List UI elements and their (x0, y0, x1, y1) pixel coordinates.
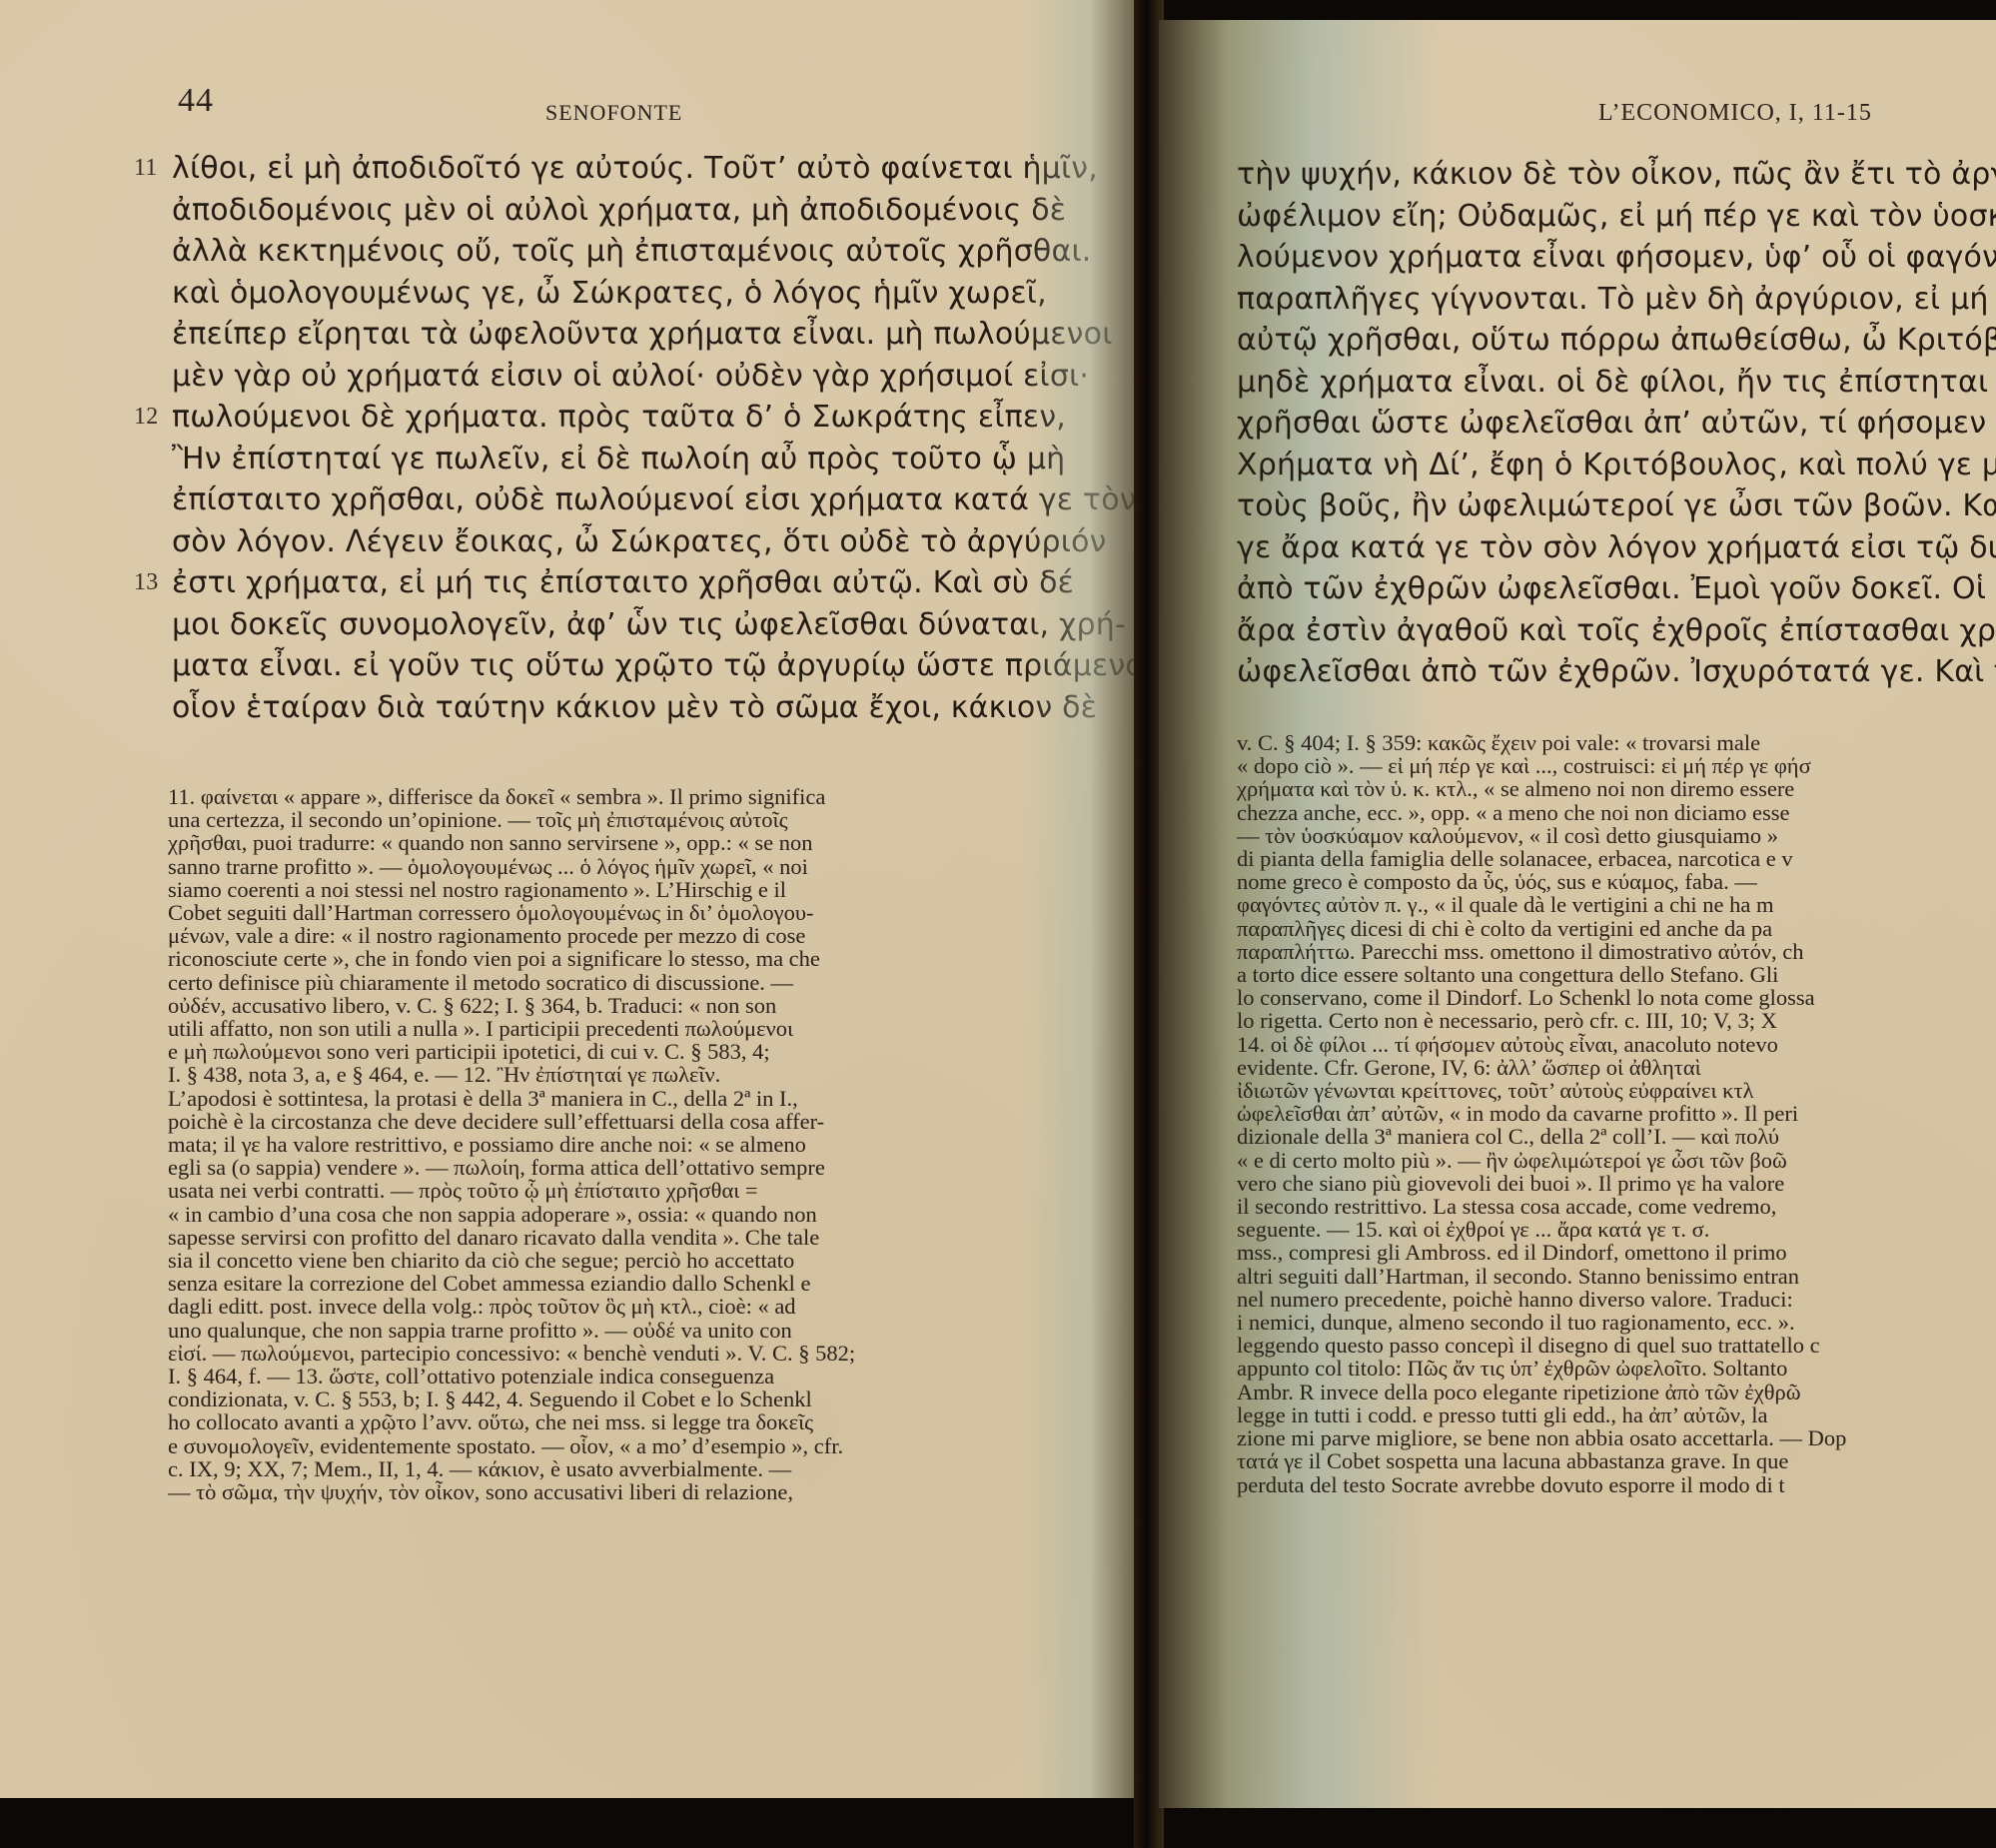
footnote-line: I. § 438, nota 3, a, e § 464, e. — 12. Ἢ… (168, 1063, 1047, 1086)
footnote-line: chezza anche, ecc. », opp. « a meno che … (1237, 801, 1996, 824)
footnote-line: χρήματα καὶ τὸν ὑ. κ. κτλ., « se almeno … (1237, 777, 1996, 800)
text-line: μοι δοκεῖς συνομολογεῖν, ἀφ’ ὧν τις ὠφελ… (172, 604, 1071, 646)
text-line: γε ἄρα κατά γε τὸν σὸν λόγον χρήματά εἰσ… (1237, 527, 1996, 569)
line-text: ἄρα ἐστὶν ἀγαθοῦ καὶ τοῖς ἐχθροῖς ἐπίστα… (1237, 613, 1996, 648)
text-line: 11λίθοι, εἰ μὴ ἀποδιδοῖτό γε αὐτούς. Τοῦ… (172, 148, 1071, 190)
text-line: καὶ ὁμολογουμένως γε, ὦ Σώκρατες, ὁ λόγο… (172, 273, 1071, 315)
line-text: ἀπὸ τῶν ἐχθρῶν ὠφελεῖσθαι. Ἐμοὶ γοῦν δοκ… (1237, 571, 1986, 606)
line-text: μηδὲ χρήματα εἶναι. οἱ δὲ φίλοι, ἤν τις … (1237, 365, 1988, 400)
footnote-line: usata nei verbi contratti. — πρὸς τοῦτο … (168, 1179, 1047, 1202)
footnote-line: evidente. Cfr. Gerone, IV, 6: ἀλλ’ ὥσπερ… (1237, 1056, 1996, 1079)
footnote-line: vero che siano più giovevoli dei buoi ».… (1237, 1172, 1996, 1195)
footnote-line: — τὸ σῶμα, τὴν ψυχήν, τὸν οἶκον, sono ac… (168, 1480, 1047, 1503)
line-text: σὸν λόγον. Λέγειν ἔοικας, ὦ Σώκρατες, ὅτ… (172, 524, 1107, 559)
footnote-line: dizionale della 3ª maniera col C., della… (1237, 1125, 1996, 1148)
line-text: Χρήματα νὴ Δί’, ἔφη ὁ Κριτόβουλος, καὶ π… (1237, 448, 1996, 482)
text-line: 13ἐστι χρήματα, εἰ μή τις ἐπίσταιτο χρῆσ… (172, 562, 1071, 604)
text-line: ἐπείπερ εἴρηται τὰ ὠφελοῦντα χρήματα εἶν… (172, 314, 1071, 356)
footnote-line: a torto dice essere soltanto una congett… (1237, 963, 1996, 986)
line-text: ἐστι χρήματα, εἰ μή τις ἐπίσταιτο χρῆσθα… (172, 565, 1074, 600)
footnote-line: χρῆσθαι, puoi tradurre: « quando non san… (168, 831, 1047, 854)
line-text: λίθοι, εἰ μὴ ἀποδιδοῖτό γε αὐτούς. Τοῦτ’… (172, 151, 1098, 186)
text-line: μηδὲ χρήματα εἶναι. οἱ δὲ φίλοι, ἤν τις … (1237, 362, 1996, 404)
footnote-line: παραπλήττω. Parecchi mss. omettono il di… (1237, 940, 1996, 963)
line-text: ἐπίσταιτο χρῆσθαι, οὐδὲ πωλούμενοί εἰσι … (172, 482, 1136, 517)
text-line: 12πωλούμενοι δὲ χρήματα. πρὸς ταῦτα δ’ ὁ… (172, 397, 1071, 439)
line-text: γε ἄρα κατά γε τὸν σὸν λόγον χρήματά εἰσ… (1237, 530, 1996, 565)
footnote-line: altri seguiti dall’Hartman, il secondo. … (1237, 1265, 1996, 1288)
footnote-line: Ambr. R invece della poco elegante ripet… (1237, 1381, 1996, 1403)
footnote-line: il secondo restrittivo. La stessa cosa a… (1237, 1195, 1996, 1218)
footnote-line: I. § 464, f. — 13. ὥστε, coll’ottativo p… (168, 1365, 1047, 1387)
line-text: πωλούμενοι δὲ χρήματα. πρὸς ταῦτα δ’ ὁ Σ… (172, 400, 1066, 435)
line-text: ὠφέλιμον εἴη; Οὐδαμῶς, εἰ μή πέρ γε καὶ … (1237, 199, 1996, 234)
text-line: χρῆσθαι ὥστε ὠφελεῖσθαι ἀπ’ αὐτῶν, τί φή… (1237, 403, 1996, 445)
footnote-line: Cobet seguiti dall’Hartman corressero ὁμ… (168, 901, 1047, 924)
footnote-line: « in cambio d’una cosa che non sappia ad… (168, 1203, 1047, 1226)
footnote-line: seguente. — 15. καὶ οἱ ἐχθροί γε ... ἄρα… (1237, 1218, 1996, 1241)
footnote-line: nome greco è composto da ὗς, ὑός, sus e … (1237, 870, 1996, 893)
footnote-line: ὠφελεῖσθαι ἀπ’ αὐτῶν, « in modo da cavar… (1237, 1102, 1996, 1125)
line-text: ἀλλὰ κεκτημένοις οὔ, τοῖς μὴ ἐπισταμένοι… (172, 234, 1092, 269)
line-text: ἀποδιδομένοις μὲν οἱ αὐλοὶ χρήματα, μὴ ἀ… (172, 193, 1066, 228)
footnote-line: v. C. § 404; I. § 359: κακῶς ἔχειν poi v… (1237, 731, 1996, 754)
footnote-line: uno qualunque, che non sappia trarne pro… (168, 1319, 1047, 1342)
page-number: 44 (178, 82, 214, 120)
footnote-line: sapesse servirsi con profitto del danaro… (168, 1226, 1047, 1249)
footnote-line: leggendo questo passo concepì il disegno… (1237, 1334, 1996, 1357)
text-line: λούμενον χρήματα εἶναι φήσομεν, ὑφ’ οὗ ο… (1237, 237, 1996, 279)
line-text: καὶ ὁμολογουμένως γε, ὦ Σώκρατες, ὁ λόγο… (172, 276, 1047, 311)
footnote-line: e συνομολογεῖν, evidentemente spostato. … (168, 1434, 1047, 1457)
main-text-left: 11λίθοι, εἰ μὴ ἀποδιδοῖτό γε αὐτούς. Τοῦ… (172, 148, 1071, 728)
line-text: μὲν γὰρ οὐ χρήματά εἰσιν οἱ αὐλοί· οὐδὲν… (172, 359, 1089, 394)
footnote-line: riconosciute certe », che in fondo vien … (168, 947, 1047, 970)
line-text: Ἢν ἐπίστηταί γε πωλεῖν, εἰ δὲ πωλοίη αὖ … (172, 442, 1065, 476)
footnote-line: legge in tutti i codd. e presso tutti gl… (1237, 1403, 1996, 1426)
text-line: μὲν γὰρ οὐ χρήματά εἰσιν οἱ αὐλοί· οὐδὲν… (172, 356, 1071, 398)
footnote-line: una certezza, il secondo un’opinione. — … (168, 808, 1047, 831)
text-line: παραπλῆγες γίγνονται. Τὸ μὲν δὴ ἀργύριον… (1237, 279, 1996, 321)
footnote-line: lo conservano, come il Dindorf. Lo Schen… (1237, 986, 1996, 1009)
line-text: λούμενον χρήματα εἶναι φήσομεν, ὑφ’ οὗ ο… (1237, 240, 1996, 275)
main-text-right: τὴν ψυχήν, κάκιον δὲ τὸν οἶκον, πῶς ἂν ἔ… (1237, 154, 1996, 693)
footnote-line: mss., compresi gli Ambross. ed il Dindor… (1237, 1241, 1996, 1264)
footnote-line: lo rigetta. Certo non è necessario, però… (1237, 1009, 1996, 1032)
line-text: παραπλῆγες γίγνονται. Τὸ μὲν δὴ ἀργύριον… (1237, 282, 1996, 317)
line-text: ἐπείπερ εἴρηται τὰ ὠφελοῦντα χρήματα εἶν… (172, 317, 1113, 352)
footnote-line: τατά γε il Cobet sospetta una lacuna abb… (1237, 1449, 1996, 1472)
footnote-line: di pianta della famiglia delle solanacee… (1237, 847, 1996, 870)
footnote-line: nel numero precedente, poichè hanno dive… (1237, 1288, 1996, 1311)
footnotes-left: 11. φαίνεται « appare », differisce da δ… (168, 785, 1047, 1503)
right-page: L’ECONOMICO, I, 11-15 τὴν ψυχήν, κάκιον … (1159, 20, 1996, 1808)
footnote-line: c. IX, 9; XX, 7; Mem., II, 1, 4. — κάκιο… (168, 1457, 1047, 1480)
text-line: Χρήματα νὴ Δί’, ἔφη ὁ Κριτόβουλος, καὶ π… (1237, 445, 1996, 486)
footnote-line: perduta del testo Socrate avrebbe dovuto… (1237, 1473, 1996, 1496)
text-line: ὠφελεῖσθαι ἀπὸ τῶν ἐχθρῶν. Ἰσχυρότατά γε… (1237, 651, 1996, 693)
footnote-line: ἰδιωτῶν γένωνται κρείττονες, τοῦτ’ αὐτοὺ… (1237, 1079, 1996, 1102)
footnote-line: « dopo ciò ». — εἰ μή πέρ γε καὶ ..., co… (1237, 754, 1996, 777)
line-text: ματα εἶναι. εἰ γοῦν τις οὕτω χρῷτο τῷ ἀρ… (172, 648, 1136, 683)
footnote-line: sia il concetto viene ben chiarito da ci… (168, 1249, 1047, 1272)
footnote-line: e μὴ πωλούμενοι sono veri participii ipo… (168, 1040, 1047, 1063)
footnote-line: certo definisce più chiaramente il metod… (168, 971, 1047, 994)
running-head-right: L’ECONOMICO, I, 11-15 (1598, 100, 1872, 127)
footnote-line: i nemici, dunque, almeno secondo il tuo … (1237, 1311, 1996, 1334)
text-line: οἷον ἑταίραν διὰ ταύτην κάκιον μὲν τὸ σῶ… (172, 687, 1071, 729)
footnote-line: mata; il γε ha valore restrittivo, e pos… (168, 1133, 1047, 1156)
footnote-line: εἰσί. — πωλούμενοι, partecipio concessiv… (168, 1342, 1047, 1365)
text-line: τὴν ψυχήν, κάκιον δὲ τὸν οἶκον, πῶς ἂν ἔ… (1237, 154, 1996, 196)
footnote-line: μένων, vale a dire: « il nostro ragionam… (168, 924, 1047, 947)
line-text: μοι δοκεῖς συνομολογεῖν, ἀφ’ ὧν τις ὠφελ… (172, 607, 1126, 642)
section-number: 11 (134, 148, 158, 190)
line-text: αὐτῷ χρῆσθαι, οὕτω πόρρω ἀπωθείσθω, ὦ Κρ… (1237, 323, 1996, 358)
text-line: ἀλλὰ κεκτημένοις οὔ, τοῖς μὴ ἐπισταμένοι… (172, 231, 1071, 273)
footnote-line: — τὸν ὑοσκύαμον καλούμενον, « il così de… (1237, 824, 1996, 847)
line-text: τοὺς βοῦς, ἢν ὠφελιμώτεροί γε ὦσι τῶν βο… (1237, 488, 1996, 523)
section-number: 12 (134, 397, 158, 439)
footnote-line: poichè è la circostanza che deve decider… (168, 1110, 1047, 1133)
footnote-line: zione mi parve migliore, se bene non abb… (1237, 1426, 1996, 1449)
footnote-line: ho collocato avanti a χρῷτο l’avv. οὕτω,… (168, 1410, 1047, 1433)
text-line: αὐτῷ χρῆσθαι, οὕτω πόρρω ἀπωθείσθω, ὦ Κρ… (1237, 320, 1996, 362)
footnote-line: senza esitare la correzione del Cobet am… (168, 1272, 1047, 1295)
text-line: τοὺς βοῦς, ἢν ὠφελιμώτεροί γε ὦσι τῶν βο… (1237, 485, 1996, 527)
line-text: οἷον ἑταίραν διὰ ταύτην κάκιον μὲν τὸ σῶ… (172, 690, 1097, 725)
footnote-line: sanno trarne profitto ». — ὁμολογουμένως… (168, 855, 1047, 878)
footnote-line: φαγόντες αὐτὸν π. γ., « il quale dà le v… (1237, 893, 1996, 916)
footnote-line: dagli editt. post. invece della volg.: π… (168, 1295, 1047, 1318)
footnote-line: appunto col titolo: Πῶς ἄν τις ὑπ’ ἐχθρῶ… (1237, 1357, 1996, 1380)
text-line: ματα εἶναι. εἰ γοῦν τις οὕτω χρῷτο τῷ ἀρ… (172, 645, 1071, 687)
footnote-line: utili affatto, non son utili a nulla ». … (168, 1017, 1047, 1040)
footnote-line: 11. φαίνεται « appare », differisce da δ… (168, 785, 1047, 808)
text-line: ἀποδιδομένοις μὲν οἱ αὐλοὶ χρήματα, μὴ ἀ… (172, 190, 1071, 232)
footnote-line: 14. οἱ δὲ φίλοι ... τί φήσομεν αὐτοὺς εἶ… (1237, 1033, 1996, 1056)
running-head-left: SENOFONTE (545, 100, 682, 126)
footnote-line: siamo coerenti a noi stessi nel nostro r… (168, 878, 1047, 901)
footnote-line: egli sa (o sappia) vendere ». — πωλοίη, … (168, 1156, 1047, 1179)
text-line: ἐπίσταιτο χρῆσθαι, οὐδὲ πωλούμενοί εἰσι … (172, 479, 1071, 521)
text-line: ὠφέλιμον εἴη; Οὐδαμῶς, εἰ μή πέρ γε καὶ … (1237, 196, 1996, 238)
line-text: ὠφελεῖσθαι ἀπὸ τῶν ἐχθρῶν. Ἰσχυρότατά γε… (1237, 654, 1996, 689)
footnote-line: « e di certo molto più ». — ἢν ὠφελιμώτε… (1237, 1149, 1996, 1172)
left-page: 44 SENOFONTE 11λίθοι, εἰ μὴ ἀποδιδοῖτό γ… (0, 0, 1136, 1798)
text-line: Ἢν ἐπίστηταί γε πωλεῖν, εἰ δὲ πωλοίη αὖ … (172, 439, 1071, 480)
text-line: σὸν λόγον. Λέγειν ἔοικας, ὦ Σώκρατες, ὅτ… (172, 521, 1071, 563)
footnotes-right: v. C. § 404; I. § 359: κακῶς ἔχειν poi v… (1237, 731, 1996, 1496)
footnote-line: L’apodosi è sottintesa, la protasi è del… (168, 1087, 1047, 1110)
line-text: τὴν ψυχήν, κάκιον δὲ τὸν οἶκον, πῶς ἂν ἔ… (1237, 157, 1996, 192)
footnote-line: παραπλῆγες dicesi di chi è colto da vert… (1237, 917, 1996, 940)
footnote-line: οὐδέν, accusativo libero, v. C. § 622; I… (168, 994, 1047, 1017)
footnote-line: condizionata, v. C. § 553, b; I. § 442, … (168, 1387, 1047, 1410)
text-line: ἄρα ἐστὶν ἀγαθοῦ καὶ τοῖς ἐχθροῖς ἐπίστα… (1237, 610, 1996, 652)
line-text: χρῆσθαι ὥστε ὠφελεῖσθαι ἀπ’ αὐτῶν, τί φή… (1237, 406, 1996, 441)
text-line: ἀπὸ τῶν ἐχθρῶν ὠφελεῖσθαι. Ἐμοὶ γοῦν δοκ… (1237, 568, 1996, 610)
section-number: 13 (134, 562, 158, 604)
